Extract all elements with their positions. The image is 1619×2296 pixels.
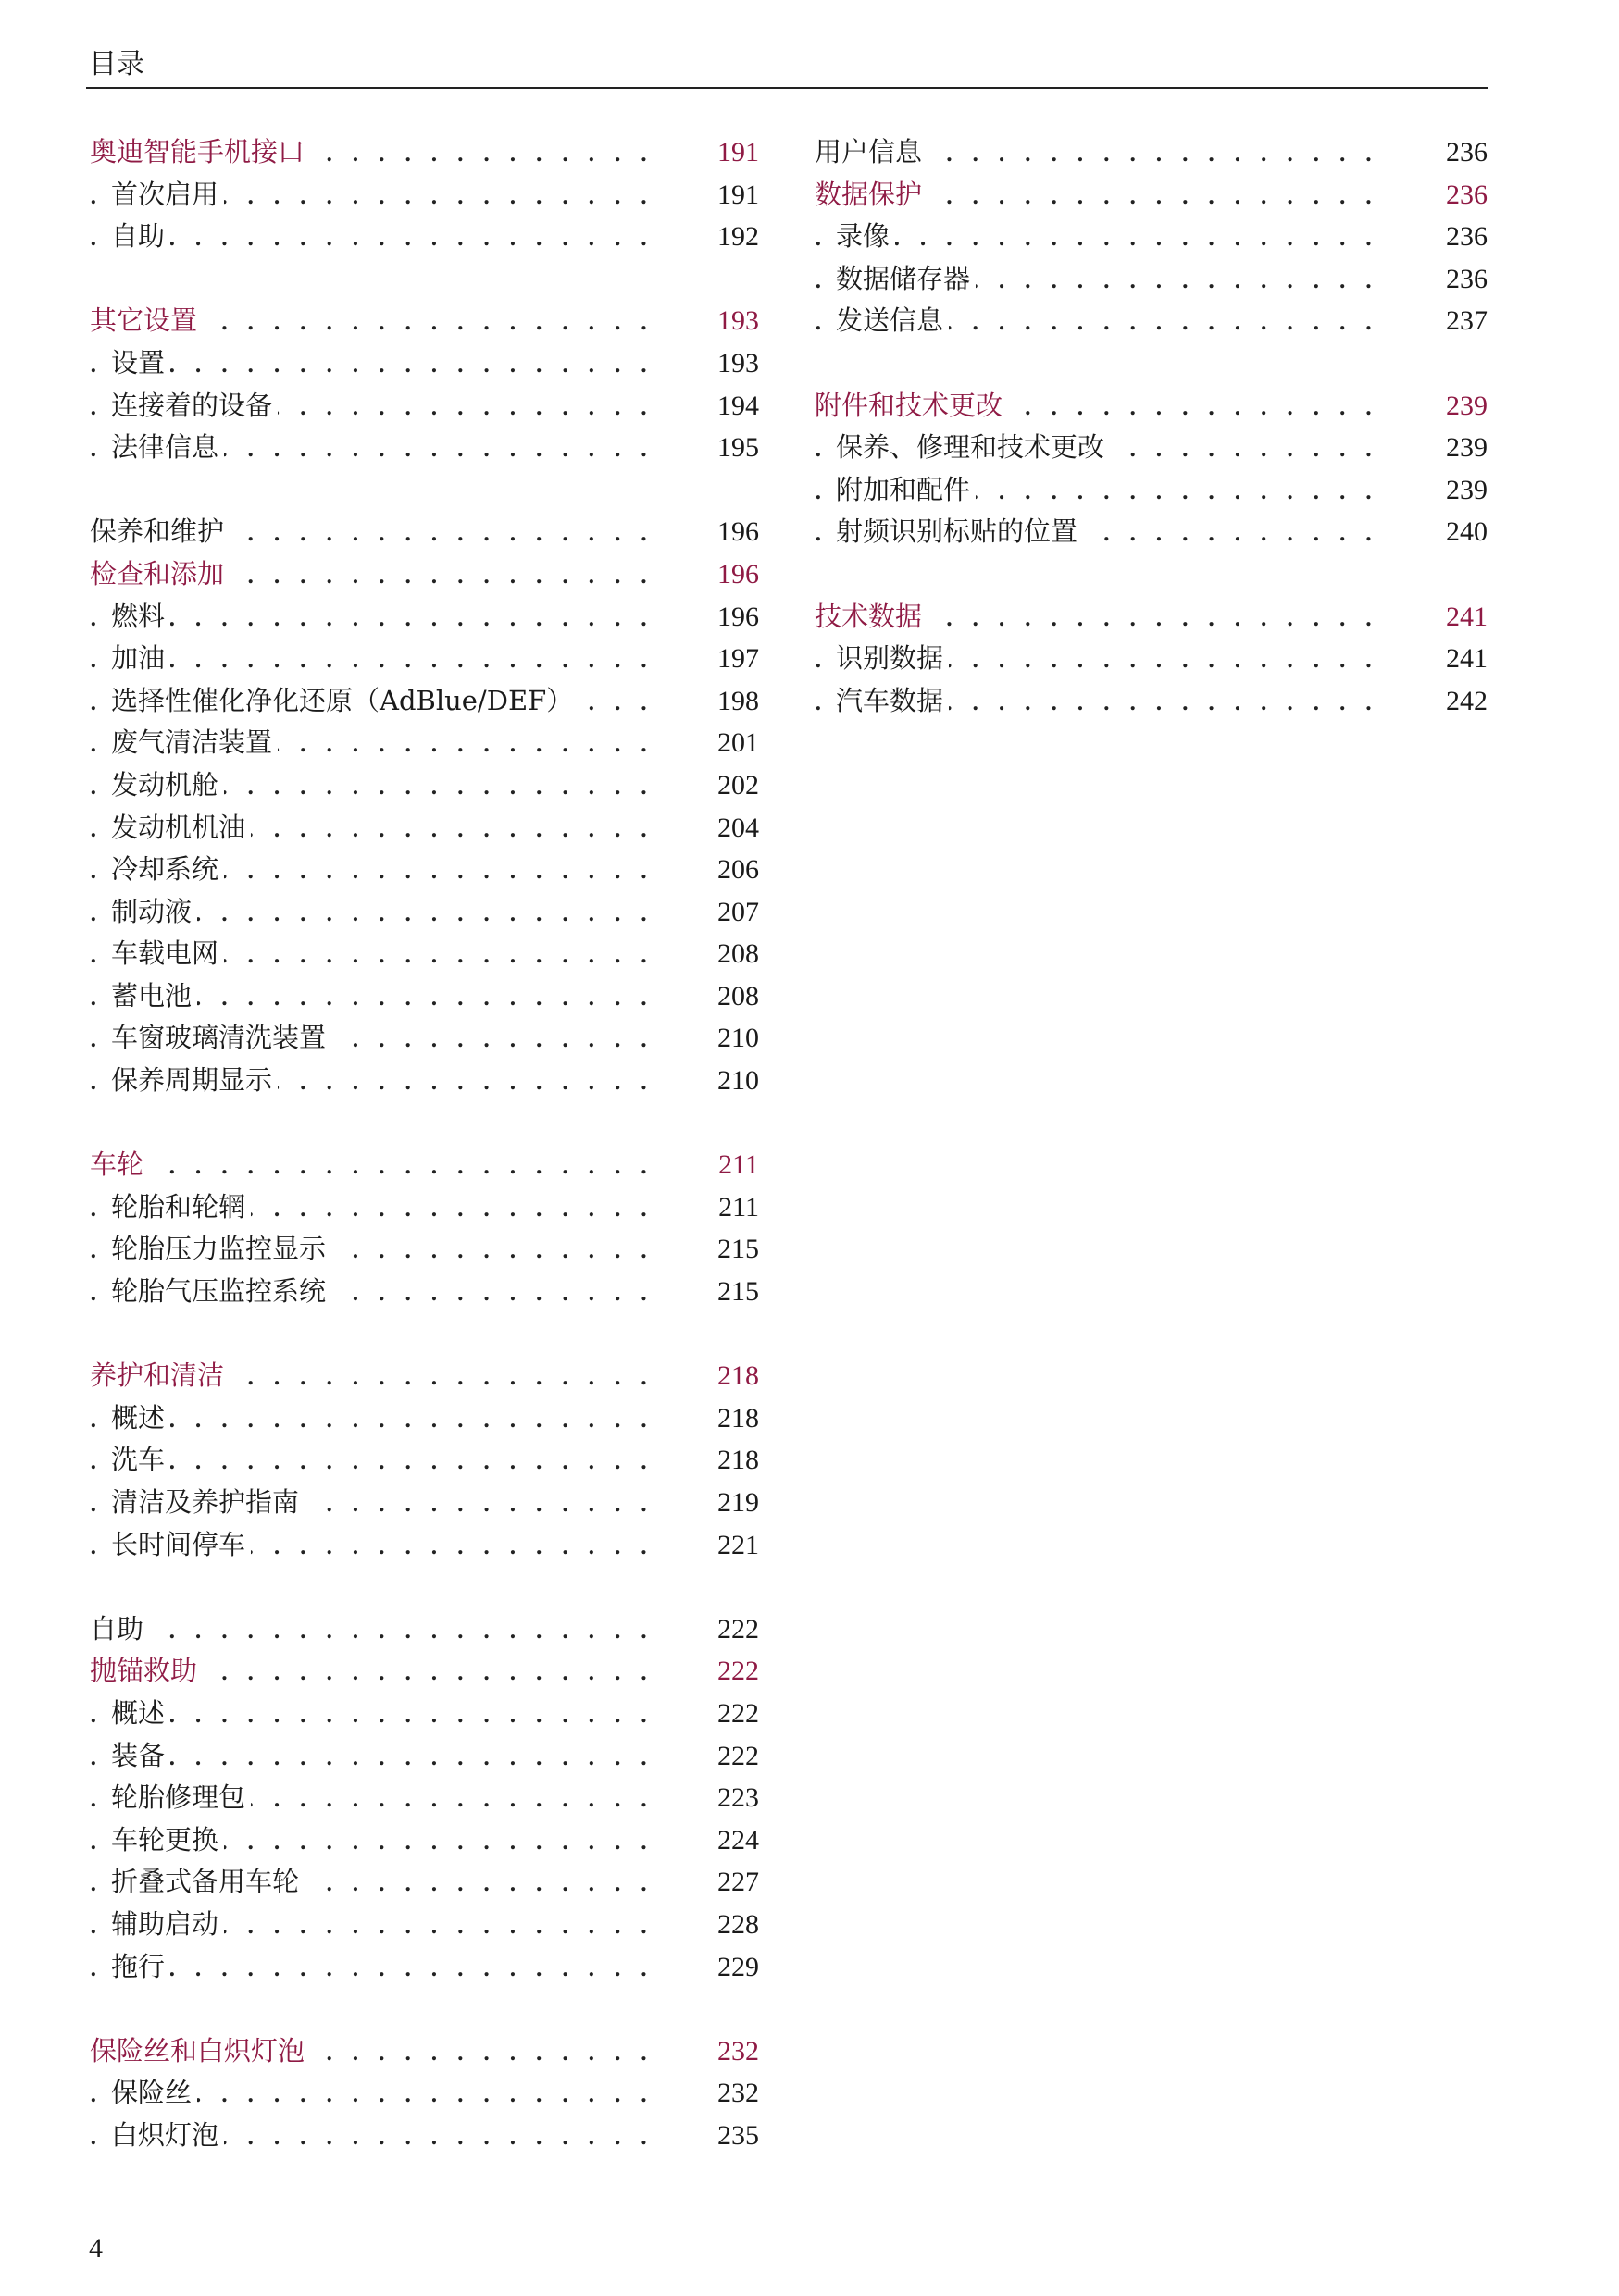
toc-entry-label: 连接着的设备 (111, 385, 278, 428)
toc-entry-page-number: 196 (717, 511, 759, 553)
toc-entry-label: 白炽灯泡 (111, 2115, 224, 2157)
toc-entry-page-number: 222 (717, 1650, 759, 1693)
toc-entry-page-number: 237 (1446, 300, 1488, 342)
toc-entry-label: 概述 (111, 1693, 170, 1735)
dot-leader (815, 216, 1378, 261)
toc-entry[interactable]: 长时间停车221 (90, 1524, 759, 1567)
toc-entry-label: 附件和技术更改 (815, 385, 1008, 428)
toc-entry-label: 冷却系统 (111, 849, 224, 891)
toc-entry-page-number: 222 (717, 1693, 759, 1735)
toc-section-heading[interactable]: 抛锚救助222 (90, 1650, 759, 1693)
toc-entry-page-number: 195 (717, 427, 759, 469)
toc-entry-label: 车窗玻璃清洗装置 (111, 1017, 331, 1060)
toc-entry[interactable]: 射频识别标贴的位置240 (815, 511, 1488, 553)
toc-entry-page-number: 227 (717, 1861, 759, 1904)
toc-column-left: 奥迪智能手机接口191首次启用191自助192其它设置193设置193连接着的设… (90, 131, 759, 2157)
toc-entry-label: 法律信息 (111, 427, 224, 469)
toc-entry-label: 装备 (111, 1735, 170, 1778)
toc-entry-label: 养护和清洁 (90, 1355, 230, 1397)
toc-entry-label: 汽车数据 (836, 680, 949, 723)
dot-leader (90, 1439, 650, 1484)
toc-entry-label: 轮胎修理包 (111, 1777, 251, 1819)
toc-entry-page-number: 191 (717, 174, 759, 217)
toc-entry-label: 加油 (111, 638, 170, 680)
toc-entry-page-number: 239 (1446, 427, 1488, 469)
toc-entry-page-number: 197 (717, 638, 759, 680)
toc-entry[interactable]: 保养、修理和技术更改239 (815, 427, 1488, 469)
toc-entry-page-number: 211 (718, 1186, 759, 1229)
toc-entry[interactable]: 数据储存器236 (815, 258, 1488, 301)
toc-entry-page-number: 224 (717, 1819, 759, 1862)
dot-leader (90, 1946, 650, 1992)
toc-entry-label: 技术数据 (815, 596, 928, 639)
toc-entry[interactable]: 连接着的设备194 (90, 385, 759, 428)
toc-entry-page-number: 202 (717, 764, 759, 807)
toc-entry[interactable]: 蓄电池208 (90, 975, 759, 1018)
toc-spacer (90, 1988, 759, 2030)
toc-entry[interactable]: 自助192 (90, 216, 759, 258)
toc-entry[interactable]: 车载电网208 (90, 933, 759, 975)
toc-entry-page-number: 218 (717, 1439, 759, 1482)
toc-entry-label: 废气清洁装置 (111, 722, 278, 764)
toc-entry-page-number: 241 (1446, 596, 1488, 639)
toc-entry-label: 辅助启动 (111, 1904, 224, 1946)
toc-entry-label: 制动液 (111, 891, 197, 934)
toc-entry[interactable]: 装备222 (90, 1735, 759, 1778)
toc-entry-page-number: 219 (717, 1482, 759, 1524)
toc-section-heading[interactable]: 数据保护236 (815, 174, 1488, 217)
toc-entry-label: 轮胎压力监控显示 (111, 1228, 331, 1271)
page-number: 4 (89, 2232, 103, 2265)
toc-entry-page-number: 228 (717, 1904, 759, 1946)
toc-section-heading[interactable]: 养护和清洁218 (90, 1355, 759, 1397)
toc-section-heading[interactable]: 保险丝和白炽灯泡232 (90, 2030, 759, 2073)
toc-entry[interactable]: 首次启用191 (90, 174, 759, 217)
toc-entry-page-number: 236 (1446, 131, 1488, 174)
toc-entry[interactable]: 洗车218 (90, 1439, 759, 1482)
toc-entry-page-number: 204 (717, 807, 759, 850)
toc-entry-label: 自助 (90, 1608, 149, 1651)
toc-entry[interactable]: 概述222 (90, 1693, 759, 1735)
toc-entry-page-number: 193 (717, 300, 759, 342)
toc-entry-page-number: 223 (717, 1777, 759, 1819)
toc-entry-page-number: 196 (717, 596, 759, 639)
toc-entry[interactable]: 发动机舱202 (90, 764, 759, 807)
toc-entry-label: 用户信息 (815, 131, 928, 174)
toc-entry[interactable]: 概述218 (90, 1397, 759, 1440)
dot-leader (90, 1144, 657, 1189)
toc-section-heading[interactable]: 检查和添加196 (90, 553, 759, 596)
toc-entry-page-number: 207 (717, 891, 759, 934)
toc-entry-label: 选择性催化净化还原（AdBlue/DEF） (111, 680, 579, 723)
toc-entry-label: 数据储存器 (836, 258, 976, 301)
toc-section-heading[interactable]: 技术数据241 (815, 596, 1488, 639)
toc-entry-page-number: 221 (717, 1524, 759, 1567)
toc-entry-label: 蓄电池 (111, 975, 197, 1018)
toc-entry-page-number: 210 (717, 1017, 759, 1060)
toc-entry[interactable]: 制动液207 (90, 891, 759, 934)
toc-entry-label: 轮胎气压监控系统 (111, 1271, 331, 1313)
toc-entry[interactable]: 轮胎和轮辋211 (90, 1186, 759, 1229)
toc-entry-page-number: 192 (717, 216, 759, 258)
toc-entry-label: 发送信息 (836, 300, 949, 342)
toc-entry-label: 车轮更换 (111, 1819, 224, 1862)
toc-entry-label: 保养、修理和技术更改 (836, 427, 1110, 469)
toc-section-heading[interactable]: 附件和技术更改239 (815, 385, 1488, 428)
toc-entry[interactable]: 轮胎压力监控显示215 (90, 1228, 759, 1271)
toc-entry-page-number: 222 (717, 1608, 759, 1651)
toc-column-right: 用户信息236数据保护236录像236数据储存器236发送信息237附件和技术更… (815, 131, 1488, 722)
toc-entry-label: 附加和配件 (836, 469, 976, 512)
toc-entry-page-number: 239 (1446, 469, 1488, 512)
toc-entry-page-number: 210 (717, 1060, 759, 1102)
toc-spacer (815, 342, 1488, 385)
toc-entry-label: 保养周期显示 (111, 1060, 278, 1102)
toc-entry-label: 抛锚救助 (90, 1650, 203, 1693)
toc-entry[interactable]: 燃料196 (90, 596, 759, 639)
toc-entry-page-number: 236 (1446, 216, 1488, 258)
dot-leader (90, 216, 650, 261)
dot-leader (90, 638, 650, 683)
dot-leader (90, 1397, 650, 1443)
toc-entry-page-number: 232 (717, 2072, 759, 2115)
toc-entry-page-number: 222 (717, 1735, 759, 1778)
header-rule (86, 87, 1488, 89)
toc-entry-label: 奥迪智能手机接口 (90, 131, 310, 174)
toc-entry-label: 录像 (836, 216, 895, 258)
toc-spacer (90, 258, 759, 301)
dot-leader (90, 1735, 650, 1781)
toc-entry-page-number: 241 (1446, 638, 1488, 680)
toc-entry-page-number: 218 (717, 1397, 759, 1440)
toc-section-heading[interactable]: 其它设置193 (90, 300, 759, 342)
toc-entry[interactable]: 冷却系统206 (90, 849, 759, 891)
toc-entry-label: 其它设置 (90, 300, 203, 342)
toc-spacer (90, 1566, 759, 1608)
toc-entry-page-number: 211 (718, 1144, 759, 1186)
toc-entry-page-number: 215 (717, 1271, 759, 1313)
toc-entry[interactable]: 轮胎修理包223 (90, 1777, 759, 1819)
toc-entry-page-number: 208 (717, 975, 759, 1018)
dot-leader (90, 596, 650, 641)
toc-entry[interactable]: 法律信息195 (90, 427, 759, 469)
toc-section-heading[interactable]: 自助222 (90, 1608, 759, 1651)
toc-spacer (90, 1313, 759, 1356)
toc-entry[interactable]: 选择性催化净化还原（AdBlue/DEF）198 (90, 680, 759, 723)
toc-entry-label: 保养和维护 (90, 511, 230, 553)
toc-entry-page-number: 236 (1446, 258, 1488, 301)
toc-entry-page-number: 206 (717, 849, 759, 891)
toc-entry[interactable]: 废气清洁装置201 (90, 722, 759, 764)
toc-entry-page-number: 196 (717, 553, 759, 596)
toc-entry[interactable]: 设置193 (90, 342, 759, 385)
toc-entry-page-number: 191 (717, 131, 759, 174)
toc-entry[interactable]: 发送信息237 (815, 300, 1488, 342)
toc-entry-label: 燃料 (111, 596, 170, 639)
toc-entry-label: 拖行 (111, 1946, 170, 1989)
toc-entry[interactable]: 保险丝232 (90, 2072, 759, 2115)
toc-entry-label: 保险丝 (111, 2072, 197, 2115)
toc-entry-label: 识别数据 (836, 638, 949, 680)
toc-entry-label: 检查和添加 (90, 553, 230, 596)
toc-entry-page-number: 239 (1446, 385, 1488, 428)
toc-entry[interactable]: 发动机机油204 (90, 807, 759, 850)
page-title: 目录 (89, 46, 144, 83)
toc-section-heading[interactable]: 车轮211 (90, 1144, 759, 1186)
toc-entry-label: 发动机机油 (111, 807, 251, 850)
toc-entry-page-number: 240 (1446, 511, 1488, 553)
dot-leader (90, 1608, 657, 1654)
dot-leader (90, 1693, 650, 1738)
toc-entry-page-number: 235 (717, 2115, 759, 2157)
toc-entry-label: 自助 (111, 216, 170, 258)
toc-entry[interactable]: 识别数据241 (815, 638, 1488, 680)
toc-spacer (90, 1102, 759, 1145)
toc-entry[interactable]: 录像236 (815, 216, 1488, 258)
toc-entry[interactable]: 白炽灯泡235 (90, 2115, 759, 2157)
toc-spacer (90, 469, 759, 512)
toc-entry-label: 轮胎和轮辋 (111, 1186, 251, 1229)
toc-entry[interactable]: 拖行229 (90, 1946, 759, 1989)
toc-entry[interactable]: 辅助启动228 (90, 1904, 759, 1946)
toc-entry-label: 车轮 (90, 1144, 149, 1186)
toc-entry-page-number: 236 (1446, 174, 1488, 217)
toc-entry-label: 发动机舱 (111, 764, 224, 807)
toc-entry-page-number: 201 (717, 722, 759, 764)
toc-entry-page-number: 218 (717, 1355, 759, 1397)
toc-section-heading[interactable]: 用户信息236 (815, 131, 1488, 174)
toc-entry[interactable]: 加油197 (90, 638, 759, 680)
toc-entry-page-number: 242 (1446, 680, 1488, 723)
toc-entry-page-number: 232 (717, 2030, 759, 2073)
toc-section-heading[interactable]: 奥迪智能手机接口191 (90, 131, 759, 174)
toc-entry-label: 保险丝和白炽灯泡 (90, 2030, 310, 2073)
toc-entry-label: 长时间停车 (111, 1524, 251, 1567)
toc-entry[interactable]: 保养周期显示210 (90, 1060, 759, 1102)
toc-entry[interactable]: 汽车数据242 (815, 680, 1488, 723)
toc-entry-page-number: 215 (717, 1228, 759, 1271)
dot-leader (90, 342, 650, 388)
toc-entry-label: 射频识别标贴的位置 (836, 511, 1083, 553)
toc-entry[interactable]: 车轮更换224 (90, 1819, 759, 1862)
toc-entry-page-number: 229 (717, 1946, 759, 1989)
toc-entry-label: 洗车 (111, 1439, 170, 1482)
toc-entry[interactable]: 清洁及养护指南219 (90, 1482, 759, 1524)
toc-entry-page-number: 194 (717, 385, 759, 428)
toc-spacer (815, 553, 1488, 596)
toc-entry-label: 首次启用 (111, 174, 224, 217)
toc-entry-label: 概述 (111, 1397, 170, 1440)
toc-entry-label: 车载电网 (111, 933, 224, 975)
toc-entry-page-number: 193 (717, 342, 759, 385)
toc-entry[interactable]: 车窗玻璃清洗装置210 (90, 1017, 759, 1060)
toc-entry-page-number: 208 (717, 933, 759, 975)
toc-entry[interactable]: 附加和配件239 (815, 469, 1488, 512)
toc-entry-label: 数据保护 (815, 174, 928, 217)
toc-entry[interactable]: 折叠式备用车轮227 (90, 1861, 759, 1904)
toc-section-heading[interactable]: 保养和维护196 (90, 511, 759, 553)
toc-entry[interactable]: 轮胎气压监控系统215 (90, 1271, 759, 1313)
toc-entry-page-number: 198 (717, 680, 759, 723)
toc-entry-label: 清洁及养护指南 (111, 1482, 305, 1524)
toc-entry-label: 折叠式备用车轮 (111, 1861, 305, 1904)
toc-entry-label: 设置 (111, 342, 170, 385)
